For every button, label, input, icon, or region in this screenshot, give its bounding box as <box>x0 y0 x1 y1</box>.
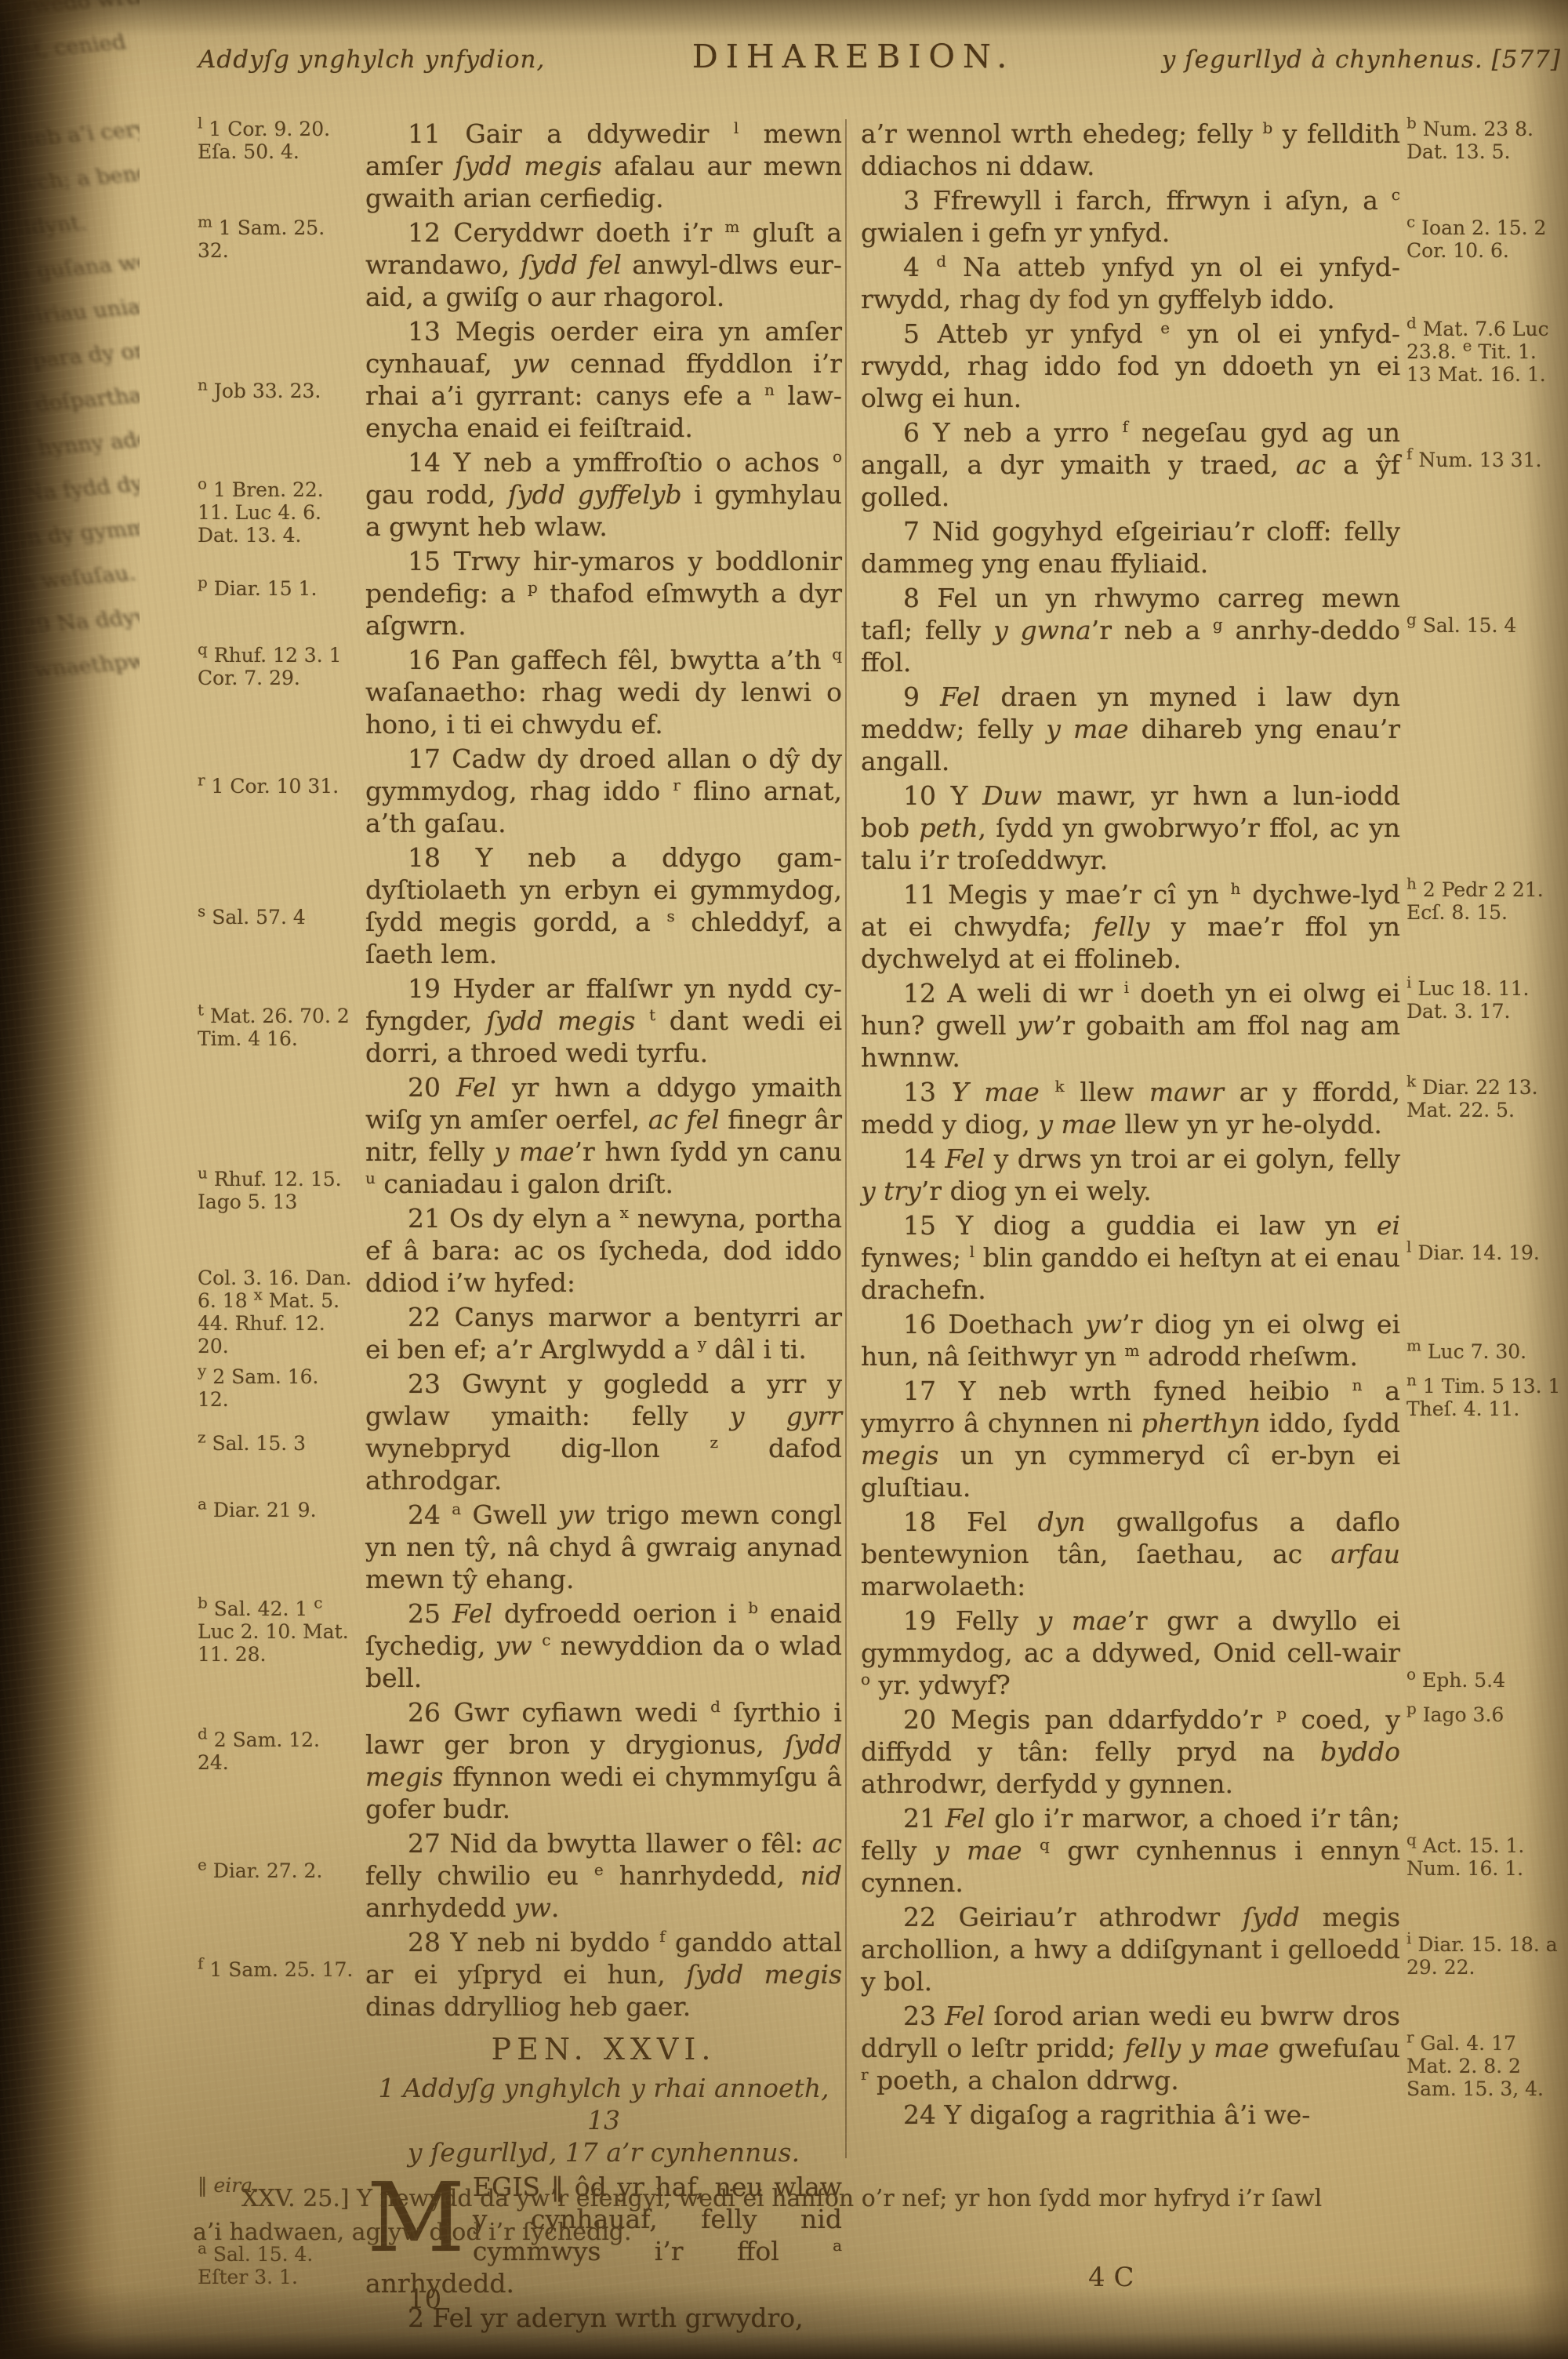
verse-block: 18 Y neb a ddygo gam-dyſtiolaeth yn erby… <box>198 841 842 970</box>
verse-text: 11 Gair a ddywedir l mewn amſer ſydd meg… <box>365 118 842 214</box>
verse-block: 16 Doethach yw’r diog yn ei olwg ei hun,… <box>861 1308 1563 1372</box>
verse-text: 18 Y neb a ddygo gam-dyſtiolaeth yn erby… <box>365 841 842 970</box>
verse-block: 17 Y neb wrth fyned heibio n a ymyrro â … <box>861 1375 1563 1503</box>
verse-block: 2 Fel yr aderyn wrth grwydro, <box>198 2302 842 2334</box>
book-page: 24 Y neb a ddywedo wrthmelldithiant ef, … <box>0 0 1568 2359</box>
verse-block: 15 Y diog a guddia ei law yn ei fynwes; … <box>861 1209 1563 1306</box>
verse-block: 10 Y Duw mawr, yr hwn a lun-iodd bob pet… <box>861 780 1563 876</box>
verse-text: 24 a Gwell yw trigo mewn congl yn nen tŷ… <box>365 1499 842 1595</box>
verse-text: 21 Os dy elyn a x newyna, portha ef â ba… <box>365 1202 842 1299</box>
verse-block: 11 Gair a ddywedir l mewn amſer ſydd meg… <box>198 118 842 214</box>
margin-note: b Sal. 42. 1 c Luc 2. 10. Mat. 11. 28. <box>198 1598 354 1666</box>
verse-text: 4 d Na atteb ynfyd yn ol ei ynfyd-rwydd,… <box>861 251 1400 315</box>
verse-text: 19 Hyder ar ffalſwr yn nydd cy-fyngder, … <box>365 972 842 1069</box>
margin-note: t Mat. 26. 70. 2 Tim. 4 16. <box>198 1005 354 1050</box>
verse-text: 25 Fel dyfroedd oerion i b enaid ſychedi… <box>365 1598 842 1694</box>
margin-note: p Iago 3.6 <box>1406 1703 1563 1726</box>
verse-block: 20 Fel yr hwn a ddygo ymaith wiſg yn amſ… <box>198 1071 842 1200</box>
verse-block: 12 Ceryddwr doeth i’r m gluſt a wrandawo… <box>198 216 842 313</box>
verse-text: 3 Ffrewyll i farch, ffrwyn i aſyn, a c g… <box>861 184 1400 249</box>
right-column: a’r wennol wrth ehedeg; felly b y felldi… <box>861 118 1563 2133</box>
verse-text: 13 Megis oerder eira yn amſer cynhauaf, … <box>365 315 842 444</box>
footnote: XXV. 25.] Y newydd da yw’r efengyl, wedi… <box>193 2182 1534 2249</box>
verse-text: 24 Y digaſog a ragrithia â’i we- <box>861 2099 1400 2131</box>
margin-note: q Act. 15. 1. Num. 16. 1. <box>1406 1834 1563 1880</box>
verse-text: 17 Y neb wrth fyned heibio n a ymyrro â … <box>861 1375 1400 1503</box>
chapter-heading: PEN. XXVI. <box>365 2034 842 2066</box>
signature-mark-right: 4 C <box>1088 2262 1134 2293</box>
margin-note: r 1 Cor. 10 31. <box>198 775 354 798</box>
margin-note: l 1 Cor. 9. 20. Eſa. 50. 4. <box>198 118 354 163</box>
margin-note: i Diar. 15. 18. a 29. 22. <box>1406 1933 1563 1979</box>
margin-note: p Diar. 15 1. <box>198 577 354 600</box>
verse-text: 21 Fel glo i’r marwor, a choed i’r tân; … <box>861 1802 1400 1899</box>
margin-note: m Luc 7. 30. <box>1406 1340 1563 1363</box>
verse-block: 9 Fel draen yn myned i law dyn meddw; fe… <box>861 681 1563 777</box>
heading-block: PEN. XXVI. <box>198 2034 842 2066</box>
verse-text: 10 Y Duw mawr, yr hwn a lun-iodd bob pet… <box>861 780 1400 876</box>
verse-block: 22 Geiriau’r athrodwr ſydd megis archoll… <box>861 1901 1563 1997</box>
verse-block: 5 Atteb yr ynfyd e yn ol ei ynfyd-rwydd,… <box>861 318 1563 414</box>
margin-note: q Rhuf. 12 3. 1 Cor. 7. 29. <box>198 644 354 689</box>
verse-block: 21 Fel glo i’r marwor, a choed i’r tân; … <box>861 1802 1563 1899</box>
margin-note: l Diar. 14. 19. <box>1406 1241 1563 1264</box>
verse-text: 16 Doethach yw’r diog yn ei olwg ei hun,… <box>861 1308 1400 1372</box>
verse-block: 7 Nid gogyhyd eſgeiriau’r cloff: felly d… <box>861 515 1563 580</box>
cont-block: a’r wennol wrth ehedeg; felly b y felldi… <box>861 118 1563 182</box>
left-column: 11 Gair a ddywedir l mewn amſer ſydd meg… <box>198 118 842 2336</box>
verse-block: 28 Y neb ni byddo f ganddo attal ar ei y… <box>198 1926 842 2023</box>
verse-text: 26 Gwr cyfiawn wedi d ſyrthio i lawr ger… <box>365 1696 842 1825</box>
verse-block: 24 a Gwell yw trigo mewn congl yn nen tŷ… <box>198 1499 842 1595</box>
verse-block: 4 d Na atteb ynfyd yn ol ei ynfyd-rwydd,… <box>861 251 1563 315</box>
verse-text: 22 Canys marwor a bentyrri ar ei ben ef;… <box>365 1301 842 1365</box>
book-title: DIHAREBION. <box>692 38 1014 75</box>
verse-text: 15 Trwy hir-ymaros y boddlonir pendefig:… <box>365 545 842 642</box>
margin-note: k Diar. 22 13. Mat. 22. 5. <box>1406 1076 1563 1121</box>
verse-text: 20 Fel yr hwn a ddygo ymaith wiſg yn amſ… <box>365 1071 842 1200</box>
verse-block: 22 Canys marwor a bentyrri ar ei ben ef;… <box>198 1301 842 1365</box>
verse-block: 23 Fel ſorod arian wedi eu bwrw dros ddr… <box>861 2000 1563 2096</box>
margin-note: d 2 Sam. 12. 24. <box>198 1728 354 1774</box>
margin-note: z Sal. 15. 3 <box>198 1432 354 1455</box>
verse-block: 19 Felly y mae’r gwr a dwyllo ei gymmydo… <box>861 1605 1563 1701</box>
verse-block: 3 Ffrewyll i farch, ffrwyn i aſyn, a c g… <box>861 184 1563 249</box>
margin-note: b Num. 23 8. Dat. 13. 5. <box>1406 118 1563 163</box>
footnote-line: XXV. 25.] Y newydd da yw’r efengyl, wedi… <box>193 2182 1534 2215</box>
margin-note: o Eph. 5.4 <box>1406 1669 1563 1692</box>
verse-block: 26 Gwr cyfiawn wedi d ſyrthio i lawr ger… <box>198 1696 842 1825</box>
signature-mark-left: 10 <box>408 2284 441 2315</box>
verse-text: 20 Megis pan ddarfyddo’r p coed, y diffy… <box>861 1703 1400 1800</box>
verse-text: 23 Fel ſorod arian wedi eu bwrw dros ddr… <box>861 2000 1400 2096</box>
verse-block: 27 Nid da bwytta llawer o fêl: ac felly … <box>198 1827 842 1924</box>
verse-block: 18 Fel dyn gwallgofus a daflo bentewynio… <box>861 1506 1563 1602</box>
running-header: Addyſg ynghylch ynfydion, DIHAREBION. y … <box>198 38 1561 75</box>
verse-text: 23 Gwynt y gogledd a yrr y gwlaw ymaith:… <box>365 1368 842 1496</box>
margin-note: m 1 Sam. 25. 32. <box>198 216 354 262</box>
verse-block: 14 Y neb a ymffroſtio o achos o gau rodd… <box>198 446 842 543</box>
margin-note: n 1 Tim. 5 13. 1 Theſ. 4. 11. <box>1406 1375 1563 1420</box>
verse-block: 13 Megis oerder eira yn amſer cynhauaf, … <box>198 315 842 444</box>
margin-note: g Sal. 15. 4 <box>1406 614 1563 637</box>
verse-block: 19 Hyder ar ffalſwr yn nydd cy-fyngder, … <box>198 972 842 1069</box>
verse-text: a’r wennol wrth ehedeg; felly b y felldi… <box>861 118 1400 182</box>
verse-text: 12 A weli di wr i doeth yn ei olwg ei hu… <box>861 977 1400 1074</box>
verse-block: 23 Gwynt y gogledd a yrr y gwlaw ymaith:… <box>198 1368 842 1496</box>
verse-block: 16 Pan gaffech fêl, bwytta a’th q waſana… <box>198 644 842 740</box>
verse-block: 14 Fel y drws yn troi ar ei golyn, felly… <box>861 1143 1563 1207</box>
margin-note: d Mat. 7.6 Luc 23.8. e Tit. 1. 13 Mat. 1… <box>1406 318 1563 386</box>
margin-note: f Num. 13 31. <box>1406 449 1563 471</box>
gutter-text: 24 Y neb a ddywedo wrthmelldithiant ef, … <box>0 0 140 692</box>
margin-note: a Sal. 15. 4. Eſter 3. 1. <box>198 2243 354 2288</box>
verse-text: 22 Geiriau’r athrodwr ſydd megis archoll… <box>861 1901 1400 1997</box>
margin-note: e Diar. 27. 2. <box>198 1859 354 1882</box>
verse-text: 12 Ceryddwr doeth i’r m gluſt a wrandawo… <box>365 216 842 313</box>
column-divider <box>845 119 847 2158</box>
verse-text: 7 Nid gogyhyd eſgeiriau’r cloff: felly d… <box>861 515 1400 580</box>
running-head-left: Addyſg ynghylch ynfydion, <box>198 45 545 74</box>
verse-block: 12 A weli di wr i doeth yn ei olwg ei hu… <box>861 977 1563 1074</box>
verse-text: 8 Fel un yn rhwymo carreg mewn tafl; fel… <box>861 582 1400 678</box>
verse-block: 17 Cadw dy droed allan o dŷ dy gymmydog,… <box>198 743 842 839</box>
verse-text: 13 Y mae k llew mawr ar y ffordd, medd y… <box>861 1076 1400 1140</box>
margin-note: i Luc 18. 11. Dat. 3. 17. <box>1406 977 1563 1023</box>
verse-text: 14 Fel y drws yn troi ar ei golyn, felly… <box>861 1143 1400 1207</box>
chapter-summary-line: 1 Addyſg ynghylch y rhai annoeth, 13 <box>365 2072 842 2136</box>
verse-text: 11 Megis y mae’r cî yn h dychwe-lyd at e… <box>861 878 1400 975</box>
verse-text: 9 Fel draen yn myned i law dyn meddw; fe… <box>861 681 1400 777</box>
verse-block: 15 Trwy hir-ymaros y boddlonir pendefig:… <box>198 545 842 642</box>
verse-text: 27 Nid da bwytta llawer o fêl: ac felly … <box>365 1827 842 1924</box>
verse-text: 18 Fel dyn gwallgofus a daflo bentewynio… <box>861 1506 1400 1602</box>
verse-text: 19 Felly y mae’r gwr a dwyllo ei gymmydo… <box>861 1605 1400 1701</box>
margin-note: o 1 Bren. 22. 11. Luc 4. 6. Dat. 13. 4. <box>198 478 354 547</box>
verse-block: 25 Fel dyfroedd oerion i b enaid ſychedi… <box>198 1598 842 1694</box>
verse-block: 8 Fel un yn rhwymo carreg mewn tafl; fel… <box>861 582 1563 678</box>
summary-block: 1 Addyſg ynghylch y rhai annoeth, 13y ſe… <box>198 2072 842 2168</box>
margin-note: f 1 Sam. 25. 17. <box>198 1958 354 1981</box>
margin-note: r Gal. 4. 17 Mat. 2. 8. 2 Sam. 15. 3, 4. <box>1406 2032 1563 2100</box>
verse-text: 16 Pan gaffech fêl, bwytta a’th q waſana… <box>365 644 842 740</box>
verse-text: 6 Y neb a yrro f negeſau gyd ag un angal… <box>861 416 1400 513</box>
verse-block: 20 Megis pan ddarfyddo’r p coed, y diffy… <box>861 1703 1563 1800</box>
verse-block: 11 Megis y mae’r cî yn h dychwe-lyd at e… <box>861 878 1563 975</box>
verse-text: 14 Y neb a ymffroſtio o achos o gau rodd… <box>365 446 842 543</box>
footnote-line: a’i hadwaen, ag yw diod i’r ſychedig. <box>193 2215 1534 2249</box>
verse-block: 21 Os dy elyn a x newyna, portha ef â ba… <box>198 1202 842 1299</box>
verse-block: 13 Y mae k llew mawr ar y ffordd, medd y… <box>861 1076 1563 1140</box>
verse-text: 28 Y neb ni byddo f ganddo attal ar ei y… <box>365 1926 842 2023</box>
verse-text: 17 Cadw dy droed allan o dŷ dy gymmydog,… <box>365 743 842 839</box>
running-head-right: y ſegurllyd à chynhenus. [577] <box>1162 45 1561 74</box>
verse-block: 24 Y digaſog a ragrithia â’i we- <box>861 2099 1563 2131</box>
verse-text: 15 Y diog a guddia ei law yn ei fynwes; … <box>861 1209 1400 1306</box>
margin-note: a Diar. 21 9. <box>198 1499 354 1521</box>
margin-note: n Job 33. 23. <box>198 380 354 402</box>
facing-page-gutter: 24 Y neb a ddywedo wrthmelldithiant ef, … <box>0 0 140 2359</box>
verse-text: 5 Atteb yr ynfyd e yn ol ei ynfyd-rwydd,… <box>861 318 1400 414</box>
verse-block: 6 Y neb a yrro f negeſau gyd ag un angal… <box>861 416 1563 513</box>
margin-note: s Sal. 57. 4 <box>198 906 354 929</box>
margin-note: h 2 Pedr 2 21. Ecſ. 8. 15. <box>1406 878 1563 924</box>
